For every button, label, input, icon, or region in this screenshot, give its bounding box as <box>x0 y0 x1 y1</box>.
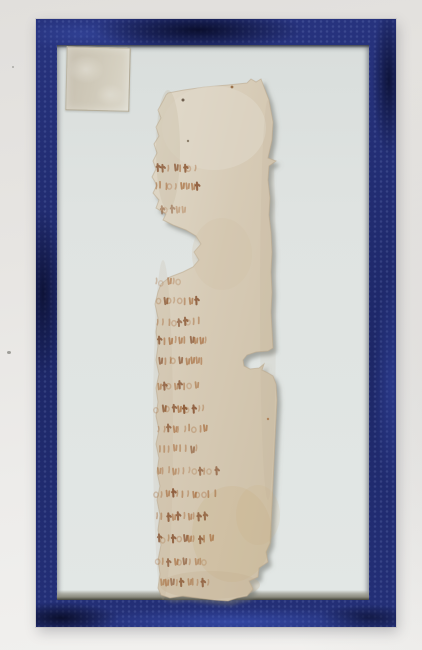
glass-bottom-edge <box>57 590 369 600</box>
picture-frame <box>36 19 396 627</box>
wall-speck <box>7 351 11 354</box>
corner-label <box>65 46 131 112</box>
wall-speck <box>12 66 14 68</box>
photograph <box>0 0 422 650</box>
glass-mount <box>57 45 369 600</box>
